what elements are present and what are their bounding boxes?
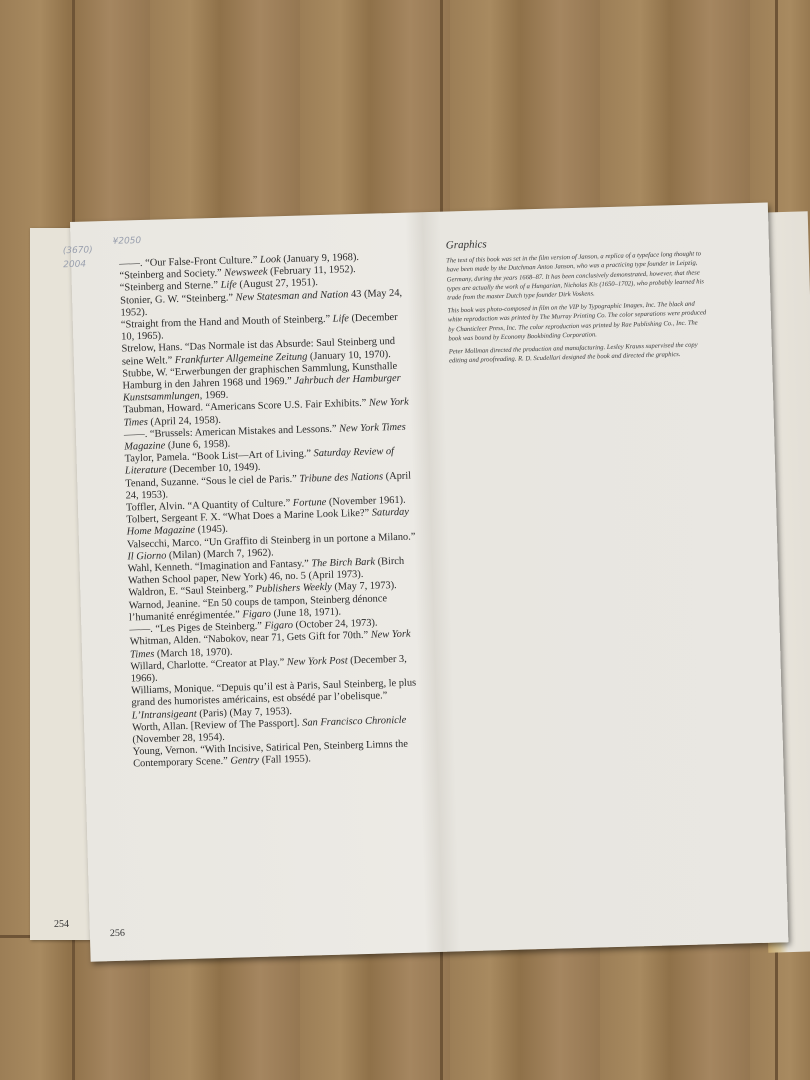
entry-publication: Publishers Weekly (256, 582, 332, 595)
page-number: 256 (110, 928, 125, 939)
entry-date: (August 27, 1951). (237, 278, 318, 291)
pencil-note-2: 2004 (63, 257, 93, 272)
colophon-paragraph: This book was photo-composed in film on … (448, 299, 711, 343)
entry-publication: Life (220, 280, 236, 291)
entry-date: (Fall 1955). (259, 754, 311, 766)
bibliography-column: ——. “Our False-Front Culture.” Look (Jan… (119, 251, 423, 771)
entry-publication: Il Giorno (127, 550, 166, 562)
entry-date: , 1969. (200, 390, 229, 402)
entry-date: (February 11, 1952). (267, 264, 355, 277)
pencil-note-1: (3670) (63, 243, 93, 258)
entry-date: (November 28, 1954). (132, 732, 225, 746)
pencil-annotation: (3670) 2004 (63, 243, 94, 272)
entry-date: (June 18, 1971). (271, 606, 341, 619)
entry-date: (January 9, 1968). (281, 252, 359, 265)
colophon-paragraph: Peter Mollman directed the production an… (449, 340, 711, 366)
colophon-heading: Graphics (446, 234, 708, 251)
entry-publication: New York Post (287, 655, 348, 668)
entry-publication: The Birch Bark (311, 557, 375, 570)
entry-date: (November 1961). (326, 495, 406, 508)
entry-publication: Tribune des Nations (299, 471, 383, 484)
entry-publication: New Statesman and Nation (235, 289, 348, 303)
entry-publication: Newsweek (224, 267, 268, 279)
colophon-paragraph: The text of this book was set in the fil… (446, 249, 709, 302)
underlying-page-number: 254 (54, 919, 69, 930)
entry-date: (June 6, 1958). (165, 439, 230, 452)
pencil-note-3: ¥2050 (112, 234, 141, 249)
entry-date: (1945). (195, 524, 228, 536)
entry-publication: L’Intransigeant (132, 708, 197, 721)
entry-publication: Fortune (293, 497, 327, 509)
entry-publication: Gentry (230, 755, 259, 767)
book-spread: (3670) 2004 ¥2050 ——. “Our False-Front C… (70, 203, 788, 962)
entry-date: (October 24, 1973). (293, 618, 378, 631)
colophon: Graphics The text of this book was set i… (446, 234, 711, 370)
entry-text: Stonier, G. W. “Steinberg.” (120, 292, 236, 306)
entry-date: (December 10, 1949). (167, 462, 261, 476)
entry-publication: Look (260, 254, 281, 266)
entry-date: (January 10, 1970). (307, 349, 391, 362)
pencil-annotation-price: ¥2050 (112, 234, 141, 249)
entry-date: (March 18, 1970). (154, 646, 232, 659)
entry-publication: Figaro (264, 620, 293, 632)
entry-publication: San Francisco Chronicle (302, 715, 406, 729)
entry-publication: Figaro (242, 608, 271, 620)
entry-date: (May 7, 1973). (332, 581, 397, 594)
entry-date: (April 24, 1958). (148, 415, 221, 428)
entry-publication: Life (333, 313, 349, 324)
